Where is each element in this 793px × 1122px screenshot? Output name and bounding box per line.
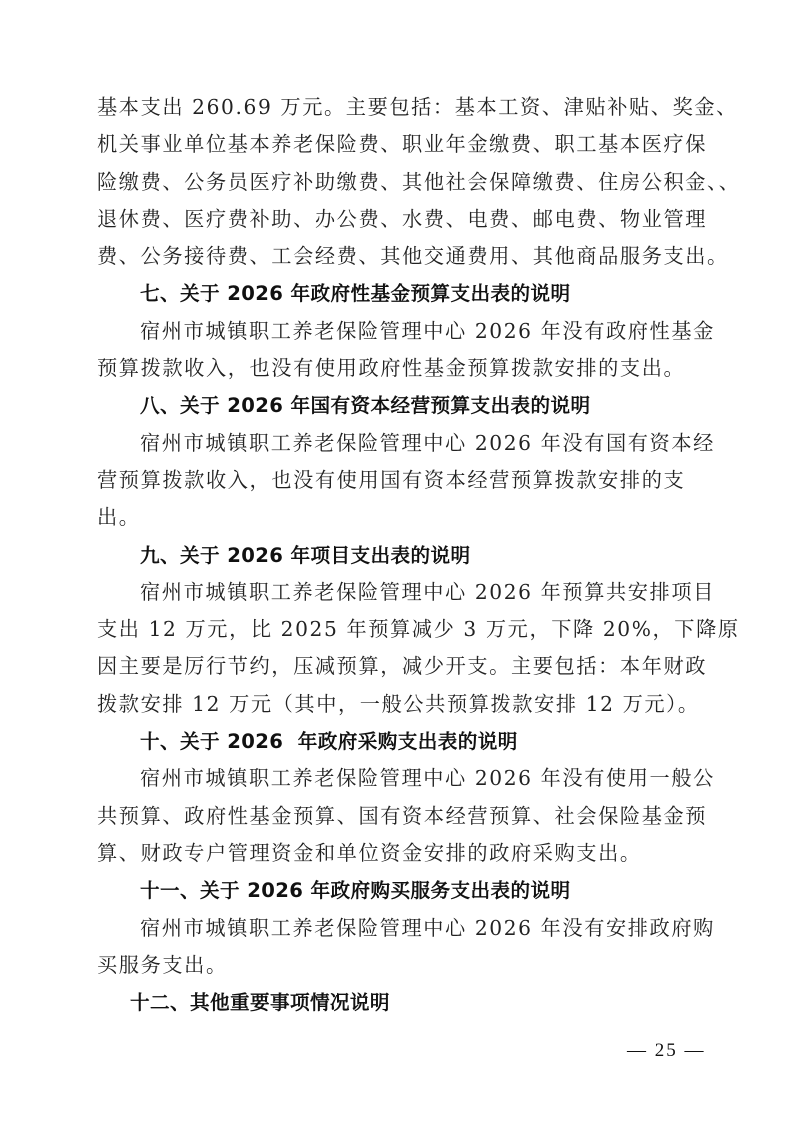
paragraph-line: 机关事业单位基本养老保险费、职业年金缴费、职工基本医疗保 <box>97 126 703 163</box>
paragraph-line: 支出 12 万元，比 2025 年预算减少 3 万元，下降 20%，下降原 <box>97 611 703 648</box>
section-heading-12: 十二、其他重要事项情况说明 <box>97 984 703 1021</box>
paragraph-line: 营预算拨款收入，也没有使用国有资本经营预算拨款安排的支 <box>97 462 703 499</box>
paragraph-line: 因主要是厉行节约，压减预算，减少开支。主要包括：本年财政 <box>97 648 703 685</box>
page-number: — 25 — <box>627 1040 706 1062</box>
document-page: 基本支出 260.69 万元。主要包括：基本工资、津贴补贴、奖金、 机关事业单位… <box>97 89 703 1021</box>
paragraph-line: 拨款安排 12 万元（其中，一般公共预算拨款安排 12 万元）。 <box>97 686 703 723</box>
paragraph-line: 买服务支出。 <box>97 947 703 984</box>
section-heading-8: 八、关于 2026 年国有资本经营预算支出表的说明 <box>97 387 703 424</box>
paragraph-line: 宿州市城镇职工养老保险管理中心 2026 年没有使用一般公 <box>97 760 703 797</box>
paragraph-line: 预算拨款收入，也没有使用政府性基金预算拨款安排的支出。 <box>97 350 703 387</box>
paragraph-line: 宿州市城镇职工养老保险管理中心 2026 年没有安排政府购 <box>97 910 703 947</box>
section-heading-10: 十、关于 2026 年政府采购支出表的说明 <box>97 723 703 760</box>
section-heading-9: 九、关于 2026 年项目支出表的说明 <box>97 537 703 574</box>
paragraph-line: 算、财政专户管理资金和单位资金安排的政府采购支出。 <box>97 835 703 872</box>
paragraph-line: 共预算、政府性基金预算、国有资本经营预算、社会保险基金预 <box>97 798 703 835</box>
section-heading-7: 七、关于 2026 年政府性基金预算支出表的说明 <box>97 275 703 312</box>
section-heading-11: 十一、关于 2026 年政府购买服务支出表的说明 <box>97 872 703 909</box>
paragraph-line: 退休费、医疗费补助、办公费、水费、电费、邮电费、物业管理 <box>97 201 703 238</box>
paragraph-line: 出。 <box>97 499 703 536</box>
paragraph-line: 宿州市城镇职工养老保险管理中心 2026 年预算共安排项目 <box>97 574 703 611</box>
paragraph-line: 宿州市城镇职工养老保险管理中心 2026 年没有政府性基金 <box>97 313 703 350</box>
paragraph-line: 险缴费、公务员医疗补助缴费、其他社会保障缴费、住房公积金、、 <box>97 164 703 201</box>
paragraph-line: 费、公务接待费、工会经费、其他交通费用、其他商品服务支出。 <box>97 238 703 275</box>
paragraph-line: 宿州市城镇职工养老保险管理中心 2026 年没有国有资本经 <box>97 425 703 462</box>
paragraph-line: 基本支出 260.69 万元。主要包括：基本工资、津贴补贴、奖金、 <box>97 89 703 126</box>
